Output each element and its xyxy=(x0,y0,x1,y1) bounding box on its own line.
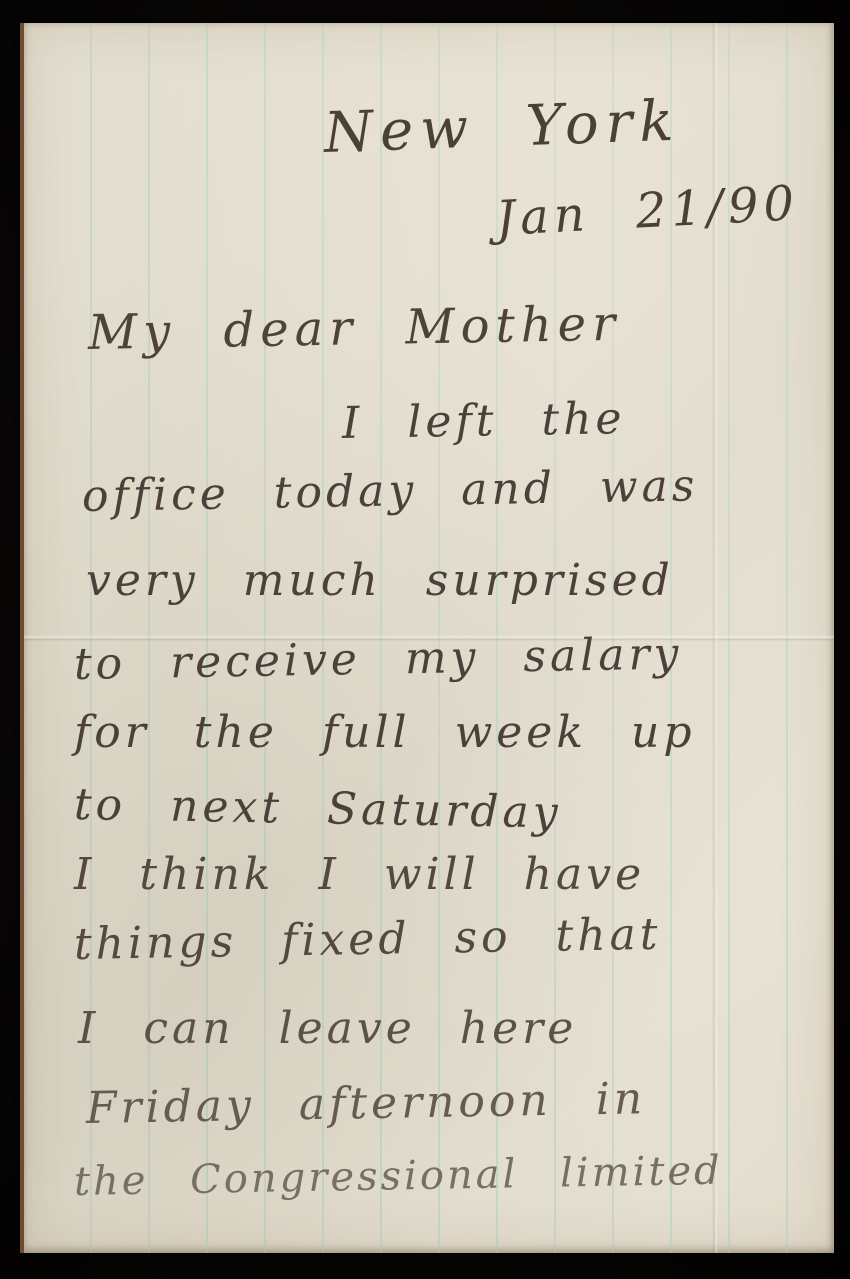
letter-place: New York xyxy=(323,89,681,166)
handwriting-line: for the full week up xyxy=(74,707,696,758)
handwriting-line: I think I will have xyxy=(74,849,645,900)
handwriting-line: to receive my salary xyxy=(74,628,683,690)
handwriting-line: I left the xyxy=(342,393,626,449)
letter-page: New York Jan 21/90 My dear Mother I left… xyxy=(20,23,834,1253)
photograph-background: New York Jan 21/90 My dear Mother I left… xyxy=(0,0,850,1279)
handwriting-line: Friday afternoon in xyxy=(86,1073,647,1134)
handwriting-line: very much surprised xyxy=(86,555,674,606)
letter-salutation: My dear Mother xyxy=(88,296,622,361)
handwriting-line: to next Saturday xyxy=(74,779,563,839)
handwriting-line: office today and was xyxy=(82,460,699,522)
handwriting-line: I can leave here xyxy=(78,1003,577,1054)
handwriting-line: things fixed so that xyxy=(74,909,662,970)
